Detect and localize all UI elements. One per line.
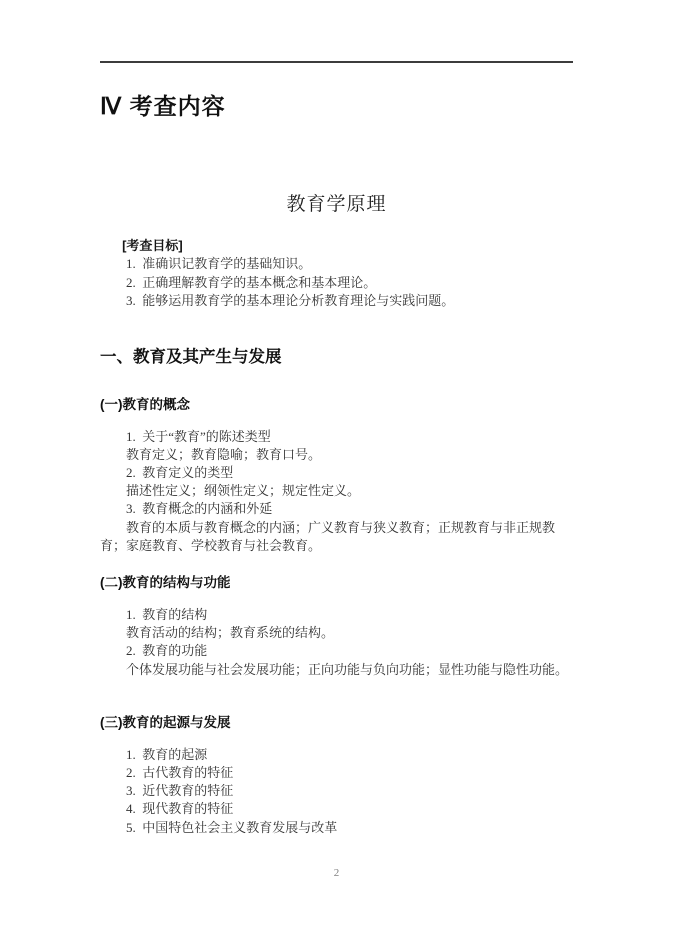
document-page: Ⅳ 考查内容 教育学原理 [考查目标] 1. 准确识记教育学的基础知识。 2. … <box>0 0 673 952</box>
content-line: 2. 教育的功能 <box>100 642 573 660</box>
content-line: 教育活动的结构；教育系统的结构。 <box>100 624 573 642</box>
objective-item: 3. 能够运用教育学的基本理论分析教育理论与实践问题。 <box>100 292 573 310</box>
content-line: 2. 古代教育的特征 <box>100 764 573 782</box>
content-line: 1. 关于“教育”的陈述类型 <box>100 428 573 446</box>
content-line: 1. 教育的结构 <box>100 606 573 624</box>
content-line: 3. 近代教育的特征 <box>100 782 573 800</box>
objective-item: 1. 准确识记教育学的基础知识。 <box>100 255 573 273</box>
content-line: 个体发展功能与社会发展功能；正向功能与负向功能；显性功能与隐性功能。 <box>100 661 573 679</box>
subsection-heading-3: (三)教育的起源与发展 <box>100 714 573 731</box>
section-heading: 一、教育及其产生与发展 <box>100 347 573 367</box>
exam-objectives-block: [考查目标] 1. 准确识记教育学的基础知识。 2. 正确理解教育学的基本概念和… <box>100 237 573 311</box>
subsection-content-3: 1. 教育的起源 2. 古代教育的特征 3. 近代教育的特征 4. 现代教育的特… <box>100 746 573 837</box>
content-line: 2. 教育定义的类型 <box>100 464 573 482</box>
subsection-heading-2: (二)教育的结构与功能 <box>100 574 573 591</box>
header-rule <box>100 61 573 63</box>
objectives-label: [考查目标] <box>100 237 573 255</box>
content-line: 教育定义；教育隐喻；教育口号。 <box>100 446 573 464</box>
subsection-content-2: 1. 教育的结构 教育活动的结构；教育系统的结构。 2. 教育的功能 个体发展功… <box>100 606 573 679</box>
content-line: 3. 教育概念的内涵和外延 <box>100 500 573 518</box>
content-line: 1. 教育的起源 <box>100 746 573 764</box>
content-line: 教育的本质与教育概念的内涵；广义教育与狭义教育；正规教育与非正规教育；家庭教育、… <box>100 519 573 555</box>
objective-item: 2. 正确理解教育学的基本概念和基本理论。 <box>100 274 573 292</box>
page-title: Ⅳ 考查内容 <box>100 91 573 121</box>
content-line: 5. 中国特色社会主义教育发展与改革 <box>100 819 573 837</box>
content-line: 描述性定义；纲领性定义；规定性定义。 <box>100 482 573 500</box>
page-number: 2 <box>0 867 673 880</box>
subject-heading: 教育学原理 <box>100 193 573 216</box>
content-line: 4. 现代教育的特征 <box>100 800 573 818</box>
subsection-content-1: 1. 关于“教育”的陈述类型 教育定义；教育隐喻；教育口号。 2. 教育定义的类… <box>100 428 573 555</box>
subsection-heading-1: (一)教育的概念 <box>100 396 573 413</box>
